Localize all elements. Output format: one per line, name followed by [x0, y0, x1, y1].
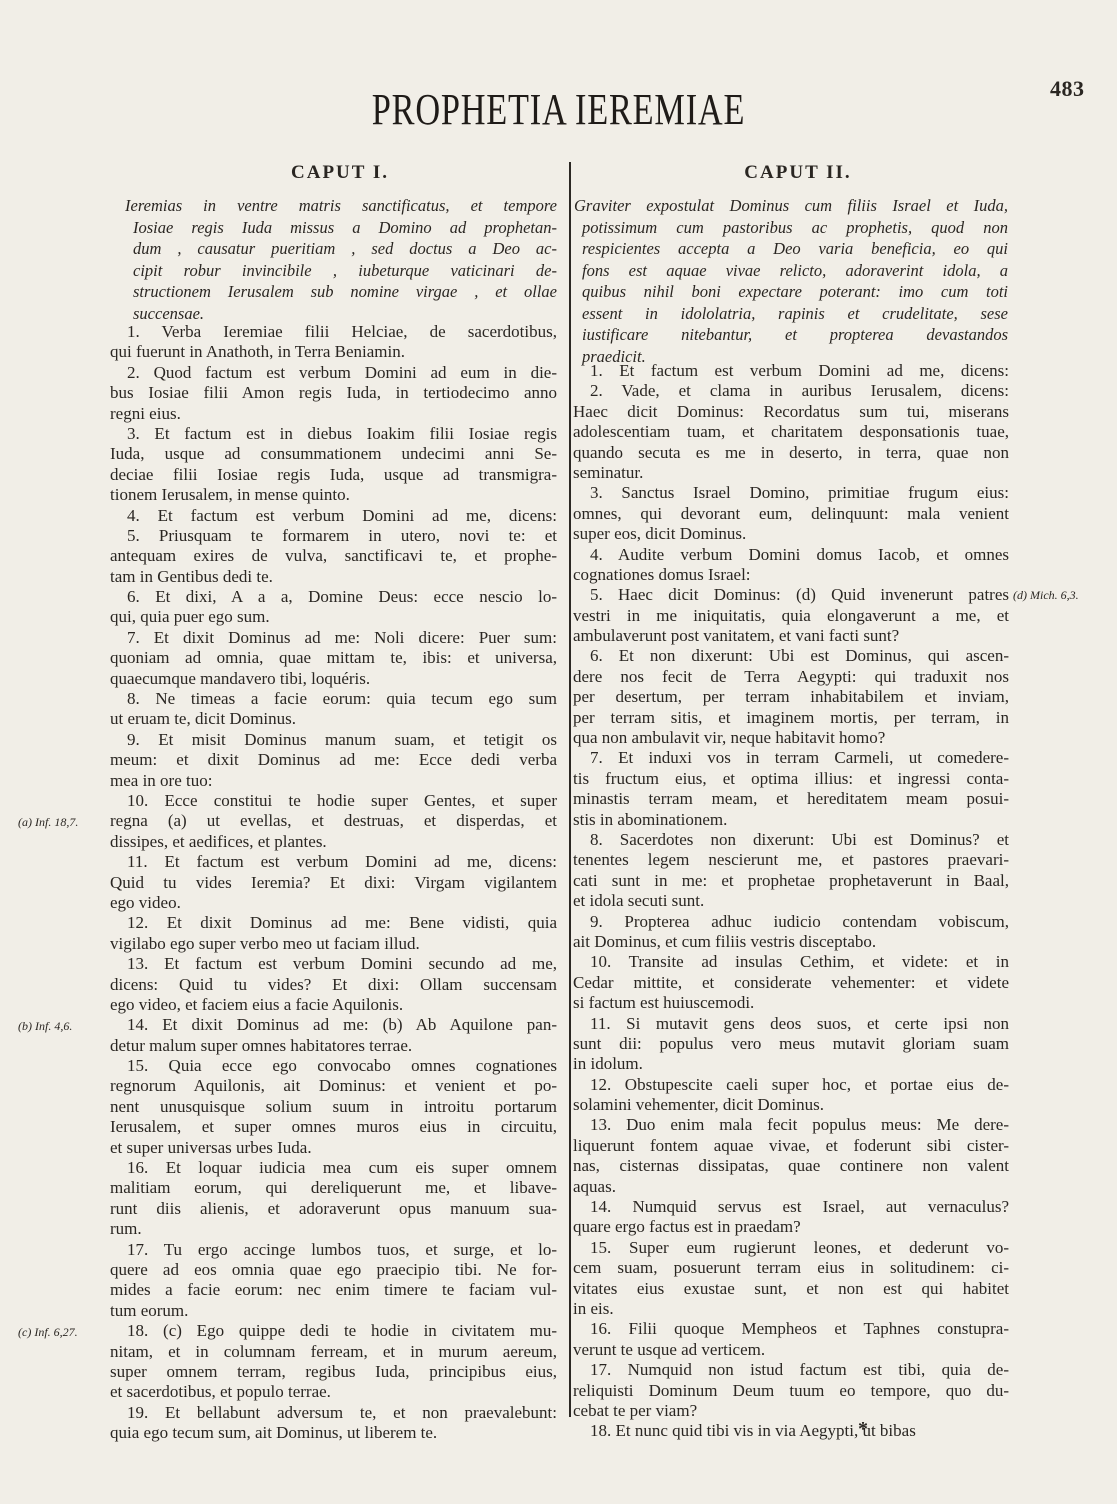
verse-line: regnorum Aquilonis, ait Dominus: et veni…: [110, 1076, 557, 1096]
verse-start-line: 14. Et dixit Dominus ad me: (b) Ab Aquil…: [110, 1015, 557, 1035]
summary-line: potissimum cum pastoribus ac prophetis, …: [582, 217, 1008, 239]
verse-start-line: 11. Si mutavit gens deos suos, et certe …: [573, 1014, 1009, 1034]
verse-line: nent unusquisque solium suum in introitu…: [110, 1097, 557, 1117]
verse-start-line: 9. Propterea adhuc iudicio contendam vob…: [573, 912, 1009, 932]
verse-start-line: 17. Numquid non istud factum est tibi, q…: [573, 1360, 1009, 1380]
verse-line: dicens: Quid tu vides? Et dixi: Ollam su…: [110, 975, 557, 995]
verse-line: meum: et dixit Dominus ad me: Ecce dedi …: [110, 750, 557, 770]
verse-line: regna (a) ut evellas, et destruas, et di…: [110, 811, 557, 831]
verse-line: sunt dii: populus vero meus mutavit glor…: [573, 1034, 1009, 1054]
verse-start-line: 12. Obstupescite caeli super hoc, et por…: [573, 1075, 1009, 1095]
verse-start-line: 17. Tu ergo accinge lumbos tuos, et surg…: [110, 1240, 557, 1260]
verse-start-line: 5. Haec dicit Dominus: (d) Quid inveneru…: [573, 585, 1009, 605]
chapter-heading-left: CAPUT I.: [120, 162, 560, 184]
verse-start-line: 16. Et loquar iudicia mea cum eis super …: [110, 1158, 557, 1178]
verse-line: tenentes legem nescierunt me, et pastore…: [573, 850, 1009, 870]
verse-line: tam in Gentibus dedi te.: [110, 567, 557, 587]
verse-line: ait Dominus, et cum filiis vestris disce…: [573, 932, 1009, 952]
verse-start-line: 4. Audite verbum Domini domus Iacob, et …: [573, 545, 1009, 565]
verse-line: regni eius.: [110, 404, 557, 424]
verse-line: cognationes domus Israel:: [573, 565, 1009, 585]
verse-start-line: 6. Et non dixerunt: Ubi est Dominus, qui…: [573, 646, 1009, 666]
verse-line: ego video.: [110, 893, 557, 913]
column-rule: [569, 162, 571, 1417]
verse-line: per terram sitis, et imaginem mortis, pe…: [573, 708, 1009, 728]
verse-line: tionem Ierusalem, in mense quinto.: [110, 485, 557, 505]
verse-start-line: 5. Priusquam te formarem in utero, novi …: [110, 526, 557, 546]
verse-start-line: 7. Et dixit Dominus ad me: Noli dicere: …: [110, 628, 557, 648]
summary-line: Iosiae regis Iuda missus a Domino ad pro…: [133, 217, 557, 239]
verse-line: per desertum, per terram inhabitabilem e…: [573, 687, 1009, 707]
verse-start-line: 8. Sacerdotes non dixerunt: Ubi est Domi…: [573, 830, 1009, 850]
verse-line: in idolum.: [573, 1054, 1009, 1074]
verse-line: quando secuta es me in deserto, in terra…: [573, 443, 1009, 463]
verse-start-line: 2. Quod factum est verbum Domini ad eum …: [110, 363, 557, 383]
verse-line: tis fructum eius, et optima illius: et i…: [573, 769, 1009, 789]
verse-line: ut eruam te, dicit Dominus.: [110, 709, 557, 729]
verse-start-line: 3. Et factum est in diebus Ioakim filii …: [110, 424, 557, 444]
verse-line: et super universas urbes Iuda.: [110, 1138, 557, 1158]
verse-start-line: 16. Filii quoque Mempheos et Taphnes con…: [573, 1319, 1009, 1339]
chapter-summary-right: Graviter expostulat Dominus cum filiis I…: [582, 195, 1008, 367]
verse-start-line: 15. Quia ecce ego convocabo omnes cognat…: [110, 1056, 557, 1076]
verse-line: et sacerdotibus, et populo terrae.: [110, 1382, 557, 1402]
summary-line: dum , causatur pueritiam , sed doctus a …: [133, 238, 557, 260]
page-number: 483: [1050, 76, 1085, 102]
verse-line: Haec dicit Dominus: Recordatus sum tui, …: [573, 402, 1009, 422]
verse-line: Ierusalem, et super omnes muros eius in …: [110, 1117, 557, 1137]
summary-line: Ieremias in ventre matris sanctificatus,…: [125, 195, 557, 217]
verse-line: in eis.: [573, 1299, 1009, 1319]
verse-start-line: 10. Ecce constitui te hodie super Gentes…: [110, 791, 557, 811]
verse-start-line: 19. Et bellabunt adversum te, et non pra…: [110, 1403, 557, 1423]
verse-line: super omnem terram, regibus Iuda, princi…: [110, 1362, 557, 1382]
verses-left: 1. Verba Ieremiae filii Helciae, de sace…: [110, 322, 557, 1443]
chapter-summary-left: Ieremias in ventre matris sanctificatus,…: [133, 195, 557, 324]
verse-start-line: 10. Transite ad insulas Cethim, et videt…: [573, 952, 1009, 972]
verse-line: stis in abominationem.: [573, 810, 1009, 830]
verse-line: verunt te usque ad verticem.: [573, 1340, 1009, 1360]
verse-line: Quid tu vides Ieremia? Et dixi: Virgam v…: [110, 873, 557, 893]
verses-right: 1. Et factum est verbum Domini ad me, di…: [573, 361, 1009, 1442]
verse-line: quoniam ad omnia, quae mittam te, ibis: …: [110, 648, 557, 668]
summary-line: succensae.: [133, 303, 557, 325]
verse-line: quere ad eos omnia quae ego praecipio ti…: [110, 1260, 557, 1280]
verse-line: cati sunt in me: et prophetae prophetave…: [573, 871, 1009, 891]
verse-start-line: 14. Numquid servus est Israel, aut verna…: [573, 1197, 1009, 1217]
verse-start-line: 6. Et dixi, A a a, Domine Deus: ecce nes…: [110, 587, 557, 607]
verse-start-line: 13. Duo enim mala fecit populus meus: Me…: [573, 1115, 1009, 1135]
verse-start-line: 2. Vade, et clama in auribus Ierusalem, …: [573, 381, 1009, 401]
verse-line: vestri in me iniquitatis, quia elongaver…: [573, 606, 1009, 626]
verse-line: mea in ore tuo:: [110, 771, 557, 791]
verse-start-line: 15. Super eum rugierunt leones, et deder…: [573, 1238, 1009, 1258]
verse-line: ambulaverunt post vanitatem, et vani fac…: [573, 626, 1009, 646]
cross-reference-note: (b) Inf. 4,6.: [18, 1019, 72, 1034]
summary-line: iustificare nitebantur, et propterea dev…: [582, 324, 1008, 346]
verse-line: rum.: [110, 1219, 557, 1239]
verse-start-line: 3. Sanctus Israel Domino, primitiae frug…: [573, 483, 1009, 503]
verse-start-line: 1. Verba Ieremiae filii Helciae, de sace…: [110, 322, 557, 342]
verse-start-line: 9. Et misit Dominus manum suam, et tetig…: [110, 730, 557, 750]
verse-line: quaecumque mandavero tibi, loquéris.: [110, 669, 557, 689]
verse-line: solamini vehementer, dicit Dominus.: [573, 1095, 1009, 1115]
verse-start-line: 7. Et induxi vos in terram Carmeli, ut c…: [573, 748, 1009, 768]
verse-line: liquerunt fontem aquae vivae, et foderun…: [573, 1136, 1009, 1156]
verse-line: antequam exires de vulva, sanctificavi t…: [110, 546, 557, 566]
verse-line: tum eorum.: [110, 1301, 557, 1321]
summary-line: Graviter expostulat Dominus cum filiis I…: [574, 195, 1008, 217]
verse-start-line: 11. Et factum est verbum Domini ad me, d…: [110, 852, 557, 872]
verse-line: reliquisti Dominum Deum tuum eo tempore,…: [573, 1381, 1009, 1401]
book-title: PROPHETIA IEREMIAE: [123, 84, 994, 135]
verse-line: malitiam eorum, qui dereliquerunt me, et…: [110, 1178, 557, 1198]
chapter-heading-right: CAPUT II.: [578, 162, 1018, 184]
summary-line: respicientes accepta a Deo varia benefic…: [582, 238, 1008, 260]
verse-line: mides a facie eorum: nec enim timere te …: [110, 1280, 557, 1300]
verse-line: omnes, qui devorant eum, delinquunt: mal…: [573, 504, 1009, 524]
verse-line: super eos, dicit Dominus.: [573, 524, 1009, 544]
verse-line: vitates eius exustae sunt, et non est qu…: [573, 1279, 1009, 1299]
verse-start-line: 18. Et nunc quid tibi vis in via Aegypti…: [573, 1421, 1009, 1441]
cross-reference-note: (c) Inf. 6,27.: [18, 1325, 78, 1340]
summary-line: fons est aquae vivae relicto, adoraverin…: [582, 260, 1008, 282]
verse-line: Cedar mittite, et considerate vehementer…: [573, 973, 1009, 993]
summary-line: quibus nihil boni expectare poterant: im…: [582, 281, 1008, 303]
verse-line: runt diis alienis, et adoraverunt opus m…: [110, 1199, 557, 1219]
verse-line: et idola secuti sunt.: [573, 891, 1009, 911]
verse-start-line: 12. Et dixit Dominus ad me: Bene vidisti…: [110, 913, 557, 933]
verse-start-line: 18. (c) Ego quippe dedi te hodie in civi…: [110, 1321, 557, 1341]
verse-line: si factum est huiuscemodi.: [573, 993, 1009, 1013]
verse-start-line: 4. Et factum est verbum Domini ad me, di…: [110, 506, 557, 526]
summary-line: cipit robur invincibile , iubeturque vat…: [133, 260, 557, 282]
verse-line: cem suam, posuerunt terram eius in solit…: [573, 1258, 1009, 1278]
verse-line: vigilabo ego super verbo meo ut faciam i…: [110, 934, 557, 954]
verse-line: seminatur.: [573, 463, 1009, 483]
verse-line: adolescentiam tuam, et charitatem despon…: [573, 422, 1009, 442]
verse-line: quia ego tecum sum, ait Dominus, ut libe…: [110, 1423, 557, 1443]
verse-line: dere nos fecit de Terra Aegypti: qui tra…: [573, 667, 1009, 687]
verse-line: qui, quia puer ego sum.: [110, 607, 557, 627]
verse-line: Iuda, usque ad consummationem undecimi a…: [110, 444, 557, 464]
cross-reference-note: (a) Inf. 18,7.: [18, 815, 78, 830]
verse-line: quare ergo factus est in praedam?: [573, 1217, 1009, 1237]
verse-line: qui fuerunt in Anathoth, in Terra Beniam…: [110, 342, 557, 362]
signature-mark: *: [858, 1418, 868, 1441]
verse-line: minastis terram meam, et hereditatem mea…: [573, 789, 1009, 809]
verse-start-line: 13. Et factum est verbum Domini secundo …: [110, 954, 557, 974]
summary-line: structionem Ierusalem sub nomine virgae …: [133, 281, 557, 303]
verse-line: cebat te per viam?: [573, 1401, 1009, 1421]
verse-line: nitam, et in columnam ferream, et in mur…: [110, 1342, 557, 1362]
verse-line: aquas.: [573, 1177, 1009, 1197]
verse-start-line: 8. Ne timeas a facie eorum: quia tecum e…: [110, 689, 557, 709]
verse-line: ego video, et faciem eius a facie Aquilo…: [110, 995, 557, 1015]
verse-line: bus Iosiae filii Amon regis Iuda, in ter…: [110, 383, 557, 403]
verse-line: nas, cisternas dissipatas, quae continer…: [573, 1156, 1009, 1176]
verse-start-line: 1. Et factum est verbum Domini ad me, di…: [573, 361, 1009, 381]
summary-line: essent in idololatria, rapinis et crudel…: [582, 303, 1008, 325]
verse-line: qua non ambulavit vir, neque habitavit h…: [573, 728, 1009, 748]
verse-line: deciae filii Iosiae regis Iuda, usque ad…: [110, 465, 557, 485]
verse-line: detur malum super omnes habitatores terr…: [110, 1036, 557, 1056]
verse-line: dissipes, et aedifices, et plantes.: [110, 832, 557, 852]
cross-reference-note: (d) Mich. 6,3.: [1013, 588, 1079, 603]
